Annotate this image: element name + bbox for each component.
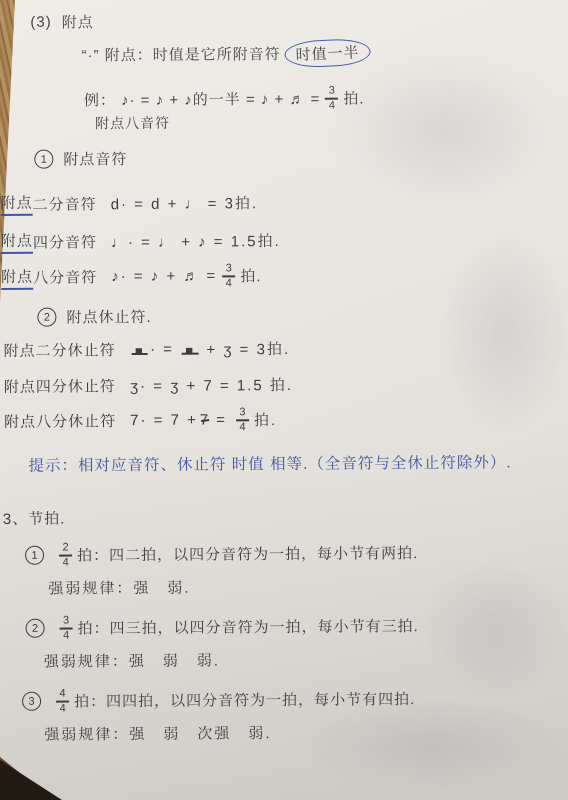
equation-text: + ʒ = 3拍. <box>206 338 290 360</box>
dotted-quarter-rest-row: 附点四分休止符 ʒ· = ʒ + 7 = 1.5 拍. <box>4 374 293 397</box>
beats-section-header: 3、节拍. <box>3 508 66 529</box>
example-equation: 例： ♪· = ♪ + ♪的一半 = ♪ + ♬ = 3 4 拍. <box>84 85 365 113</box>
underlined-label: 附点 <box>1 266 33 290</box>
tip-line: 提示：相对应音符、休止符 时值 相等.（全音符与全休止符除外）. <box>28 450 511 475</box>
time-signature-3-4: 3 4 <box>59 615 72 641</box>
dotted-quarter-note-row: 附点 四分音符 ♩· = ♩ + ♪ = 1.5拍. <box>1 228 281 254</box>
three-quarter-fraction: 3 4 <box>222 263 235 289</box>
dot-definition-line: “·” 附点：时值是它所附音符 时值一半 <box>81 39 370 68</box>
three-quarter-fraction: 3 4 <box>325 86 338 112</box>
circled-number-3: 3 <box>22 692 41 711</box>
equals-sign: = <box>216 412 227 429</box>
row-label: 八分音符 <box>33 267 97 288</box>
section-number: (3) <box>30 14 51 31</box>
fraction-denominator: 4 <box>239 422 245 433</box>
fraction-numerator: 3 <box>226 263 232 274</box>
notes-subsection-title: 附点音符 <box>63 148 127 169</box>
example-caption: 附点八音符 <box>95 113 170 134</box>
underlined-label: 附点 <box>1 230 33 254</box>
sixteenth-rest-symbol: 7 <box>200 412 210 429</box>
circled-number-2: 2 <box>37 308 56 327</box>
row-label: 二分音符 <box>33 193 97 214</box>
section-title: 附点 <box>62 11 94 32</box>
time-signature-4-4: 4 4 <box>56 689 69 715</box>
beat-pattern-2: 强弱规律：强 弱 弱. <box>44 649 220 671</box>
circled-number-1: 1 <box>25 546 44 565</box>
equation-text: · = <box>150 341 174 358</box>
definition-text: “·” 附点：时值是它所附音符 <box>82 43 281 65</box>
beat-description: 拍：四二拍，以四分音符为一拍，每小节有两拍. <box>77 542 418 565</box>
fraction-numerator: 4 <box>59 689 65 700</box>
dotted-eighth-rest-row: 附点八分休止符 7· = 7 + 7 = 3 4 拍. <box>4 407 277 434</box>
equation-text: 7· = 7 + <box>130 412 198 429</box>
quarter-note-equation: ♩· = ♩ + ♪ = 1.5拍. <box>111 230 281 252</box>
tip-text: 提示：相对应音符、休止符 时值 相等.（全音符与全休止符除外）. <box>28 450 511 475</box>
fraction-denominator: 4 <box>226 278 232 289</box>
fraction-numerator: 2 <box>62 543 68 554</box>
half-rest-equation: ▄ · = ▄ + ʒ = 3拍. <box>130 338 291 360</box>
row-label: 四分音符 <box>33 231 97 252</box>
pattern-text: 强弱规律：强 弱. <box>48 577 190 599</box>
eighth-rest-equation: 7· = 7 + 7 = 3 4 拍. <box>130 407 277 434</box>
half-rest-symbol: ▄ <box>182 344 198 355</box>
rests-subsection-header: 2 附点休止符. <box>37 306 151 328</box>
example-equation-tail: 拍. <box>343 88 364 109</box>
fraction-denominator: 4 <box>63 557 69 568</box>
pattern-text: 强弱规律：强 弱 弱. <box>44 649 220 671</box>
beat-item-1: 1 2 4 拍：四二拍，以四分音符为一拍，每小节有两拍. <box>25 540 418 568</box>
example-caption-text: 附点八音符 <box>95 113 170 134</box>
beat-description: 拍：四三拍，以四分音符为一拍，每小节有三拍. <box>78 615 419 638</box>
equation-tail: 拍. <box>254 409 277 430</box>
fraction-numerator: 3 <box>63 616 69 627</box>
row-label: 附点四分休止符 <box>4 375 116 397</box>
half-note-equation: d· = d + ♩ = 3拍. <box>111 192 259 214</box>
dotted-eighth-note-row: 附点 八分音符 ♪· = ♪ + ♬ = 3 4 拍. <box>1 263 262 290</box>
circled-number-2: 2 <box>26 619 45 638</box>
beats-section-title: 3、节拍. <box>3 508 66 529</box>
rests-subsection-title: 附点休止符. <box>66 306 151 328</box>
fraction-numerator: 3 <box>239 407 245 418</box>
notes-content: (3) 附点 “·” 附点：时值是它所附音符 时值一半 例： ♪· = ♪ + … <box>0 0 568 800</box>
three-quarter-fraction: 3 4 <box>236 407 249 433</box>
half-rest-symbol: ▄ <box>132 344 148 355</box>
quarter-rest-equation: ʒ· = ʒ + 7 = 1.5 拍. <box>130 374 293 396</box>
fraction-numerator: 3 <box>329 86 335 97</box>
notes-subsection-header: 1 附点音符 <box>34 148 127 170</box>
circled-highlight: 时值一半 <box>284 38 371 69</box>
fraction-denominator: 4 <box>329 100 335 111</box>
dotted-half-rest-row: 附点二分休止符 ▄ · = ▄ + ʒ = 3拍. <box>4 338 291 361</box>
beat-item-2: 2 3 4 拍：四三拍，以四分音符为一拍，每小节有三拍. <box>26 613 419 641</box>
eighth-note-equation-tail: 拍. <box>240 265 261 286</box>
beat-pattern-3: 强弱规律：强 弱 次强 弱. <box>44 722 271 745</box>
eighth-note-equation-head: ♪· = ♪ + ♬ = <box>111 268 217 286</box>
underlined-label: 附点 <box>1 192 33 216</box>
beat-pattern-1: 强弱规律：强 弱. <box>48 577 190 599</box>
beat-item-3: 3 4 4 拍：四四拍，以四分音符为一拍，每小节有四拍. <box>22 686 415 714</box>
pattern-text: 强弱规律：强 弱 次强 弱. <box>44 722 271 745</box>
dotted-half-note-row: 附点 二分音符 d· = d + ♩ = 3拍. <box>1 190 259 216</box>
time-signature-2-4: 2 4 <box>59 542 72 568</box>
fraction-denominator: 4 <box>60 703 66 714</box>
row-label: 附点二分休止符 <box>4 339 116 361</box>
example-equation-text: 例： ♪· = ♪ + ♪的一半 = ♪ + ♬ = <box>84 88 321 111</box>
fraction-denominator: 4 <box>63 630 69 641</box>
circled-number-1: 1 <box>34 150 53 169</box>
row-label: 附点八分休止符 <box>4 410 116 432</box>
section-header: (3) 附点 <box>30 11 94 32</box>
beat-description: 拍：四四拍，以四分音符为一拍，每小节有四拍. <box>74 688 415 711</box>
